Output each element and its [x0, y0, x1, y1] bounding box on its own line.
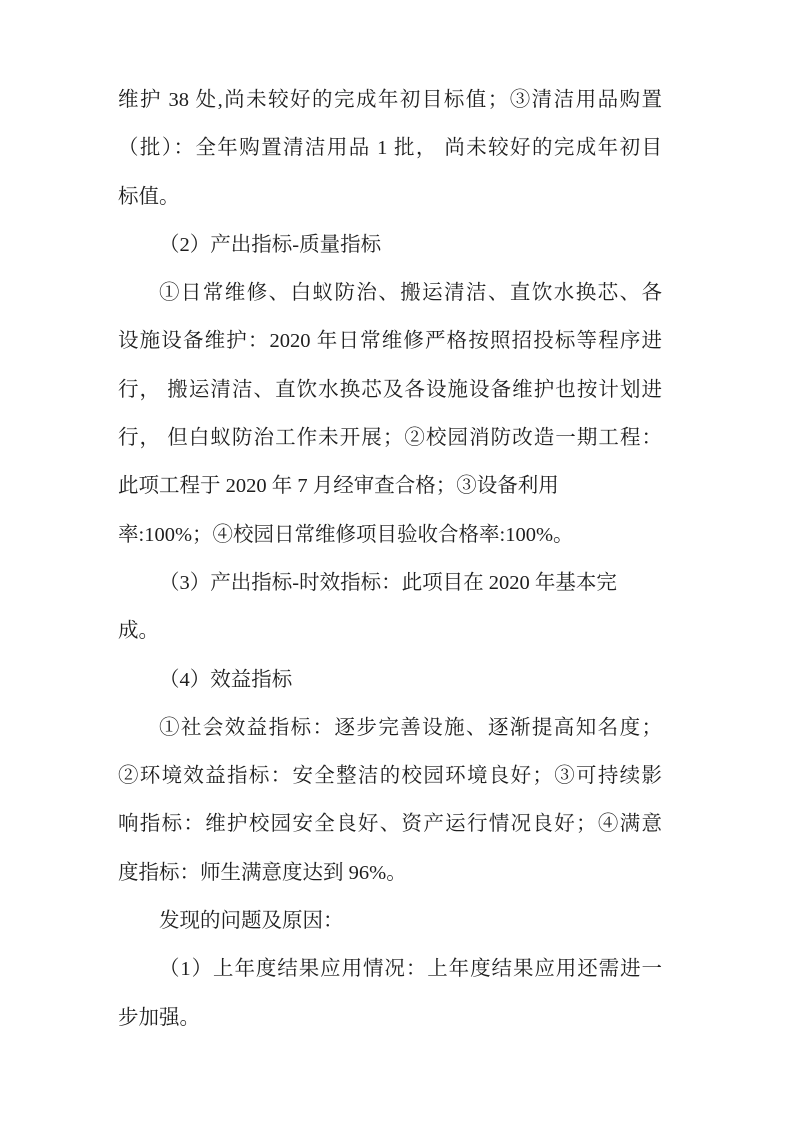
- text-line: （批）：全年购置清洁用品 1 批， 尚未较好的完成年初目: [118, 124, 662, 172]
- text-line: 维护 38 处,尚未较好的完成年初目标值；③清洁用品购置: [118, 76, 662, 124]
- text-line: 发现的问题及原因：: [118, 897, 662, 945]
- text-line: （4）效益指标: [118, 656, 662, 704]
- text-line: ②环境效益指标：安全整洁的校园环境良好；③可持续影: [118, 752, 662, 800]
- text-line: 标值。: [118, 173, 662, 221]
- text-line: （2）产出指标-质量指标: [118, 221, 662, 269]
- text-line: 此项工程于 2020 年 7 月经审查合格；③设备利用: [118, 462, 662, 510]
- text-line: ①日常维修、白蚁防治、搬运清洁、直饮水换芯、各: [118, 269, 662, 317]
- document-body: 维护 38 处,尚未较好的完成年初目标值；③清洁用品购置（批）：全年购置清洁用品…: [118, 76, 662, 1042]
- text-line: 设施设备维护：2020 年日常维修严格按照招投标等程序进: [118, 317, 662, 365]
- text-line: ①社会效益指标：逐步完善设施、逐渐提高知名度；: [118, 704, 662, 752]
- text-line: 率:100%；④校园日常维修项目验收合格率:100%。: [118, 511, 662, 559]
- text-line: 成。: [118, 607, 662, 655]
- document-page: 维护 38 处,尚未较好的完成年初目标值；③清洁用品购置（批）：全年购置清洁用品…: [0, 0, 800, 1132]
- text-line: （3）产出指标-时效指标：此项目在 2020 年基本完: [118, 559, 662, 607]
- text-line: 行， 但白蚁防治工作未开展；②校园消防改造一期工程：: [118, 414, 662, 462]
- text-line: 步加强。: [118, 994, 662, 1042]
- text-line: （1）上年度结果应用情况：上年度结果应用还需进一: [118, 945, 662, 993]
- text-line: 行， 搬运清洁、直饮水换芯及各设施设备维护也按计划进: [118, 366, 662, 414]
- text-line: 度指标：师生满意度达到 96%。: [118, 849, 662, 897]
- text-line: 响指标：维护校园安全良好、资产运行情况良好；④满意: [118, 800, 662, 848]
